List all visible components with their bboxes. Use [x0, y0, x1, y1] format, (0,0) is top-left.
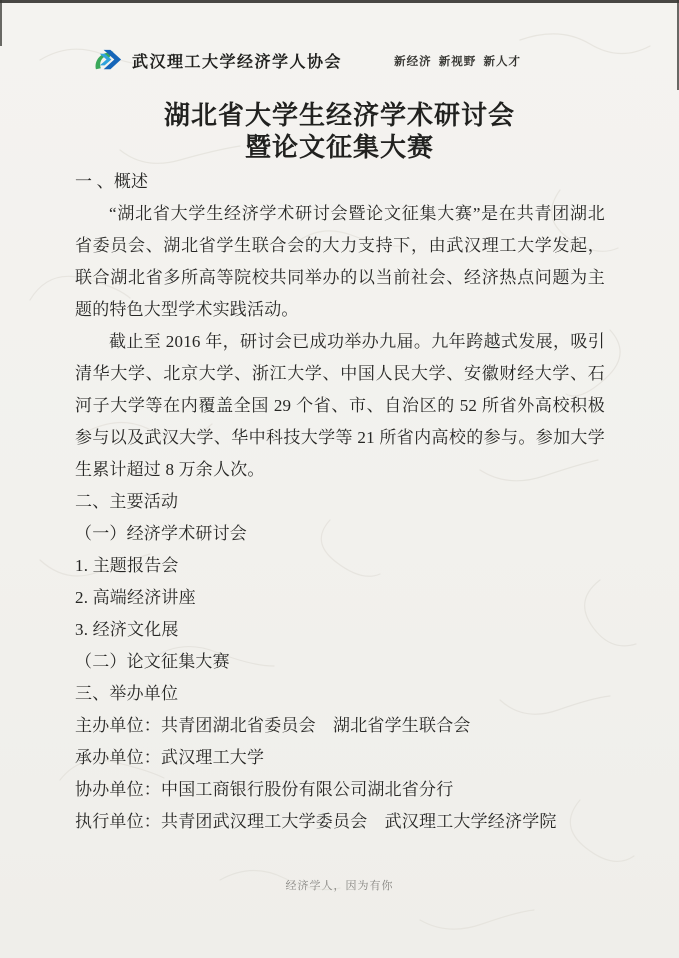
document-title-line1: 湖北省大学生经济学术研讨会 [0, 100, 679, 132]
economics-association-logo-icon [92, 46, 125, 75]
organization-name: 武汉理工大学经济学人协会 [132, 49, 342, 72]
list-item-economic-lecture: 2. 高端经济讲座 [75, 582, 605, 614]
list-item-theme-report: 1. 主题报告会 [75, 550, 605, 582]
scan-edge-left [0, 0, 2, 46]
section-heading-organizers: 三、举办单位 [75, 678, 605, 710]
document-title-line2: 暨论文征集大赛 [0, 132, 679, 164]
subsection-paper-competition: （二）论文征集大赛 [75, 646, 605, 678]
subsection-academic-seminar: （一）经济学术研讨会 [75, 518, 605, 550]
paragraph-overview-intro: “湖北省大学生经济学术研讨会暨论文征集大赛”是在共青团湖北省委员会、湖北省学生联… [75, 198, 605, 326]
organizer-host: 主办单位：共青团湖北省委员会 湖北省学生联合会 [75, 710, 605, 742]
section-heading-overview: 一 、概述 [75, 166, 605, 198]
organization-slogan: 新经济 新视野 新人才 [394, 53, 521, 69]
list-item-culture-exhibition: 3. 经济文化展 [75, 614, 605, 646]
page-footer-slogan: 经济学人，因为有你 [0, 877, 679, 893]
organizer-undertaker: 承办单位：武汉理工大学 [75, 742, 605, 774]
scanned-document-page: 武汉理工大学经济学人协会 新经济 新视野 新人才 湖北省大学生经济学术研讨会 暨… [0, 0, 679, 958]
document-body: 一 、概述 “湖北省大学生经济学术研讨会暨论文征集大赛”是在共青团湖北省委员会、… [75, 166, 605, 838]
letterhead: 武汉理工大学经济学人协会 新经济 新视野 新人才 [92, 46, 607, 75]
paragraph-overview-history: 截止至 2016 年，研讨会已成功举办九届。九年跨越式发展，吸引清华大学、北京大… [75, 326, 605, 486]
section-heading-main-activities: 二、主要活动 [75, 486, 605, 518]
organizer-co-organizer: 协办单位：中国工商银行股份有限公司湖北省分行 [75, 774, 605, 806]
document-title: 湖北省大学生经济学术研讨会 暨论文征集大赛 [0, 100, 679, 164]
scan-edge-top [0, 0, 679, 3]
organizer-executor: 执行单位：共青团武汉理工大学委员会 武汉理工大学经济学院 [75, 806, 605, 838]
